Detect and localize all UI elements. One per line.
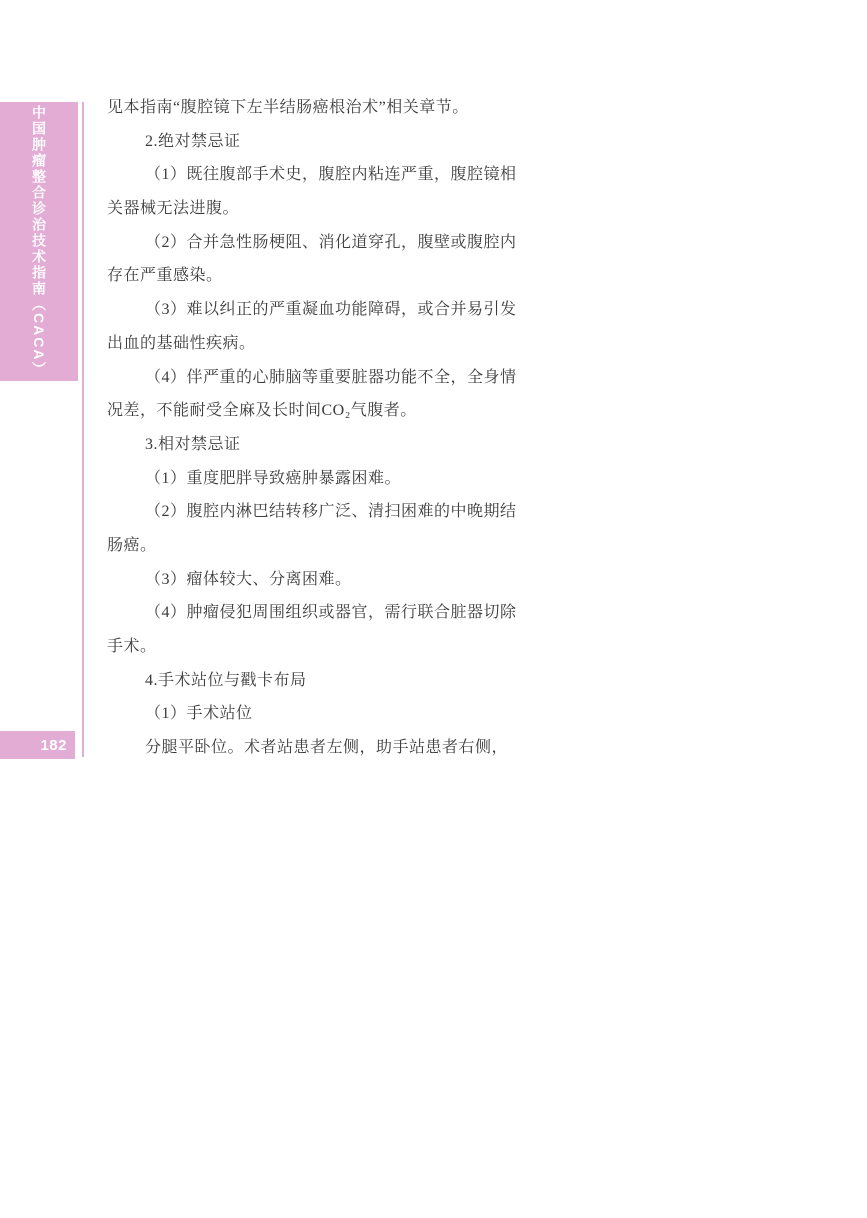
text-line: 分腿平卧位。术者站患者左侧，助手站患者右侧， xyxy=(107,731,547,765)
text-line: （2）合并急性肠梗阻、消化道穿孔，腹壁或腹腔内 xyxy=(107,226,547,260)
text-line: 存在严重感染。 xyxy=(107,259,547,293)
text-line: 肠癌。 xyxy=(107,529,547,563)
book-spine-banner: 中国肿瘤整合诊治技术指南（CACA） xyxy=(0,102,78,381)
text-line: 2.绝对禁忌证 xyxy=(107,125,547,159)
text-line: （1）重度肥胖导致癌肿暴露困难。 xyxy=(107,462,547,496)
text-line: 关器械无法进腹。 xyxy=(107,192,547,226)
text-line: 3.相对禁忌证 xyxy=(107,428,547,462)
text-line: （4）肿瘤侵犯周围组织或器官，需行联合脏器切除 xyxy=(107,596,547,630)
margin-rule xyxy=(82,102,84,757)
text-line: （1）手术站位 xyxy=(107,697,547,731)
page-number-badge: 182 xyxy=(0,731,75,759)
page-number: 182 xyxy=(40,737,67,754)
text-line: （2）腹腔内淋巴结转移广泛、清扫困难的中晚期结 xyxy=(107,495,547,529)
book-title-vertical: 中国肿瘤整合诊治技术指南（CACA） xyxy=(32,105,46,377)
text-line: 见本指南“腹腔镜下左半结肠癌根治术”相关章节。 xyxy=(107,91,547,125)
text-line: （4）伴严重的心肺脑等重要脏器功能不全，全身情 xyxy=(107,361,547,395)
text-line: 4.手术站位与戳卡布局 xyxy=(107,664,547,698)
text-line: （3）难以纠正的严重凝血功能障碍，或合并易引发 xyxy=(107,293,547,327)
text-line: 手术。 xyxy=(107,630,547,664)
text-line: 况差，不能耐受全麻及长时间CO₂气腹者。 xyxy=(107,394,547,428)
body-text-block: 见本指南“腹腔镜下左半结肠癌根治术”相关章节。2.绝对禁忌证（1）既往腹部手术史… xyxy=(107,91,547,765)
document-page: 中国肿瘤整合诊治技术指南（CACA） 182 见本指南“腹腔镜下左半结肠癌根治术… xyxy=(0,0,867,1218)
text-line: （3）瘤体较大、分离困难。 xyxy=(107,563,547,597)
text-line: 出血的基础性疾病。 xyxy=(107,327,547,361)
text-line: （1）既往腹部手术史，腹腔内粘连严重，腹腔镜相 xyxy=(107,158,547,192)
